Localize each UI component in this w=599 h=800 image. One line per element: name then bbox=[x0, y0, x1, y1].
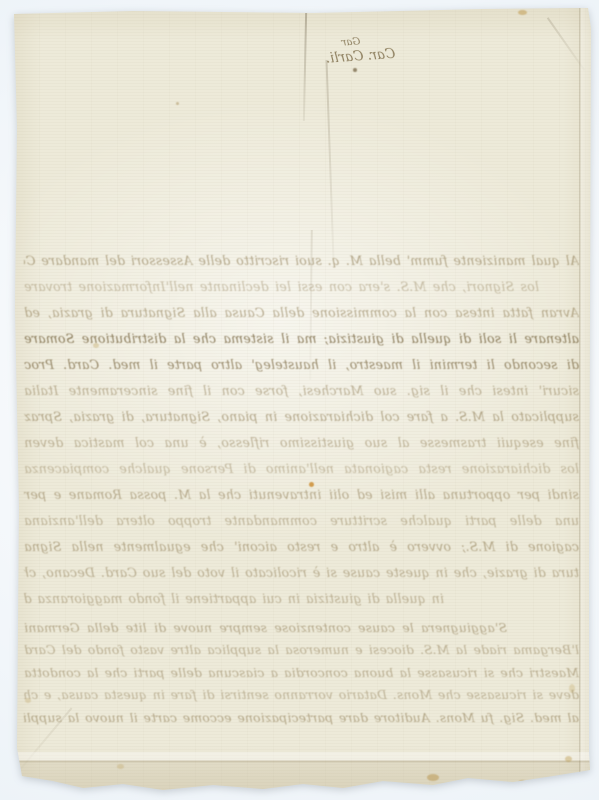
foxing-stain bbox=[427, 774, 439, 781]
text-line: al med. Sig. fu Mons. Auditore dare part… bbox=[24, 707, 579, 729]
text-line: l'Bergama riade la M.S. diocesi e numero… bbox=[24, 639, 579, 661]
ink-speck bbox=[176, 102, 179, 105]
corner-crease-top-right bbox=[547, 17, 585, 71]
top-annotation-mirrored: Gar Car. Carli. bbox=[278, 34, 396, 70]
text-line: Avran fatta intesa con la commissione de… bbox=[24, 300, 579, 326]
text-line: cagione di M.S.; ovvero è altro e resto … bbox=[24, 534, 579, 560]
foxing-stain bbox=[518, 780, 527, 786]
right-edge-fold bbox=[579, 8, 592, 792]
text-line: altenare li soli di quella di giustizia;… bbox=[24, 326, 579, 352]
letter-paper-sheet: Gar Car. Carli. Al qual maniziente fumm'… bbox=[13, 8, 592, 792]
scan-background: Gar Car. Carli. Al qual maniziente fumm'… bbox=[0, 0, 599, 800]
paragraph-2: S'aggiugnera le cause contenziose sempre… bbox=[24, 617, 579, 729]
mirrored-handwriting-showthrough: Al qual maniziente fumm' bella M. q. suo… bbox=[24, 248, 579, 729]
text-line: sicuri' intesi che il sig. suo Marchesi,… bbox=[24, 378, 579, 404]
paper-shadow-wrap: Gar Car. Carli. Al qual maniziente fumm'… bbox=[0, 0, 599, 800]
text-line: los Signori, che M.S. s'era con essi lei… bbox=[24, 274, 579, 300]
foxing-stain bbox=[117, 764, 124, 769]
text-line: Maestri che si ricusasse la buona concor… bbox=[24, 662, 579, 684]
paragraph-1: Al qual maniziente fumm' bella M. q. suo… bbox=[24, 248, 579, 612]
text-line: in quella di giustizia in cui appartiene… bbox=[24, 586, 579, 612]
text-line: fine esequii trasmesse al suo giustissim… bbox=[24, 430, 579, 456]
text-line: deve si ricusasse che Mons. Datario vorr… bbox=[24, 684, 579, 706]
text-line: supplicato la M.S. a fare col dichiarazi… bbox=[24, 404, 579, 430]
foxing-stain bbox=[565, 756, 572, 762]
bottom-fold-crease bbox=[13, 752, 592, 792]
ink-speck bbox=[353, 68, 357, 72]
text-line: los dichiarazione resta cagionata nell'a… bbox=[24, 456, 579, 482]
text-line: tura di grazie, che in queste cause si è… bbox=[24, 560, 579, 586]
text-line: sindi per opportuna alli misi ed olii in… bbox=[24, 482, 579, 508]
text-line: S'aggiugnera le cause contenziose sempre… bbox=[24, 617, 579, 639]
text-line: di secondo li termini il maestro, il hau… bbox=[24, 352, 579, 378]
vertical-crease-2 bbox=[326, 60, 335, 260]
text-line: Al qual maniziente fumm' bella M. q. suo… bbox=[24, 248, 579, 274]
text-line: una delle parti qualche scritture comman… bbox=[24, 508, 579, 534]
foxing-stain bbox=[518, 10, 527, 15]
